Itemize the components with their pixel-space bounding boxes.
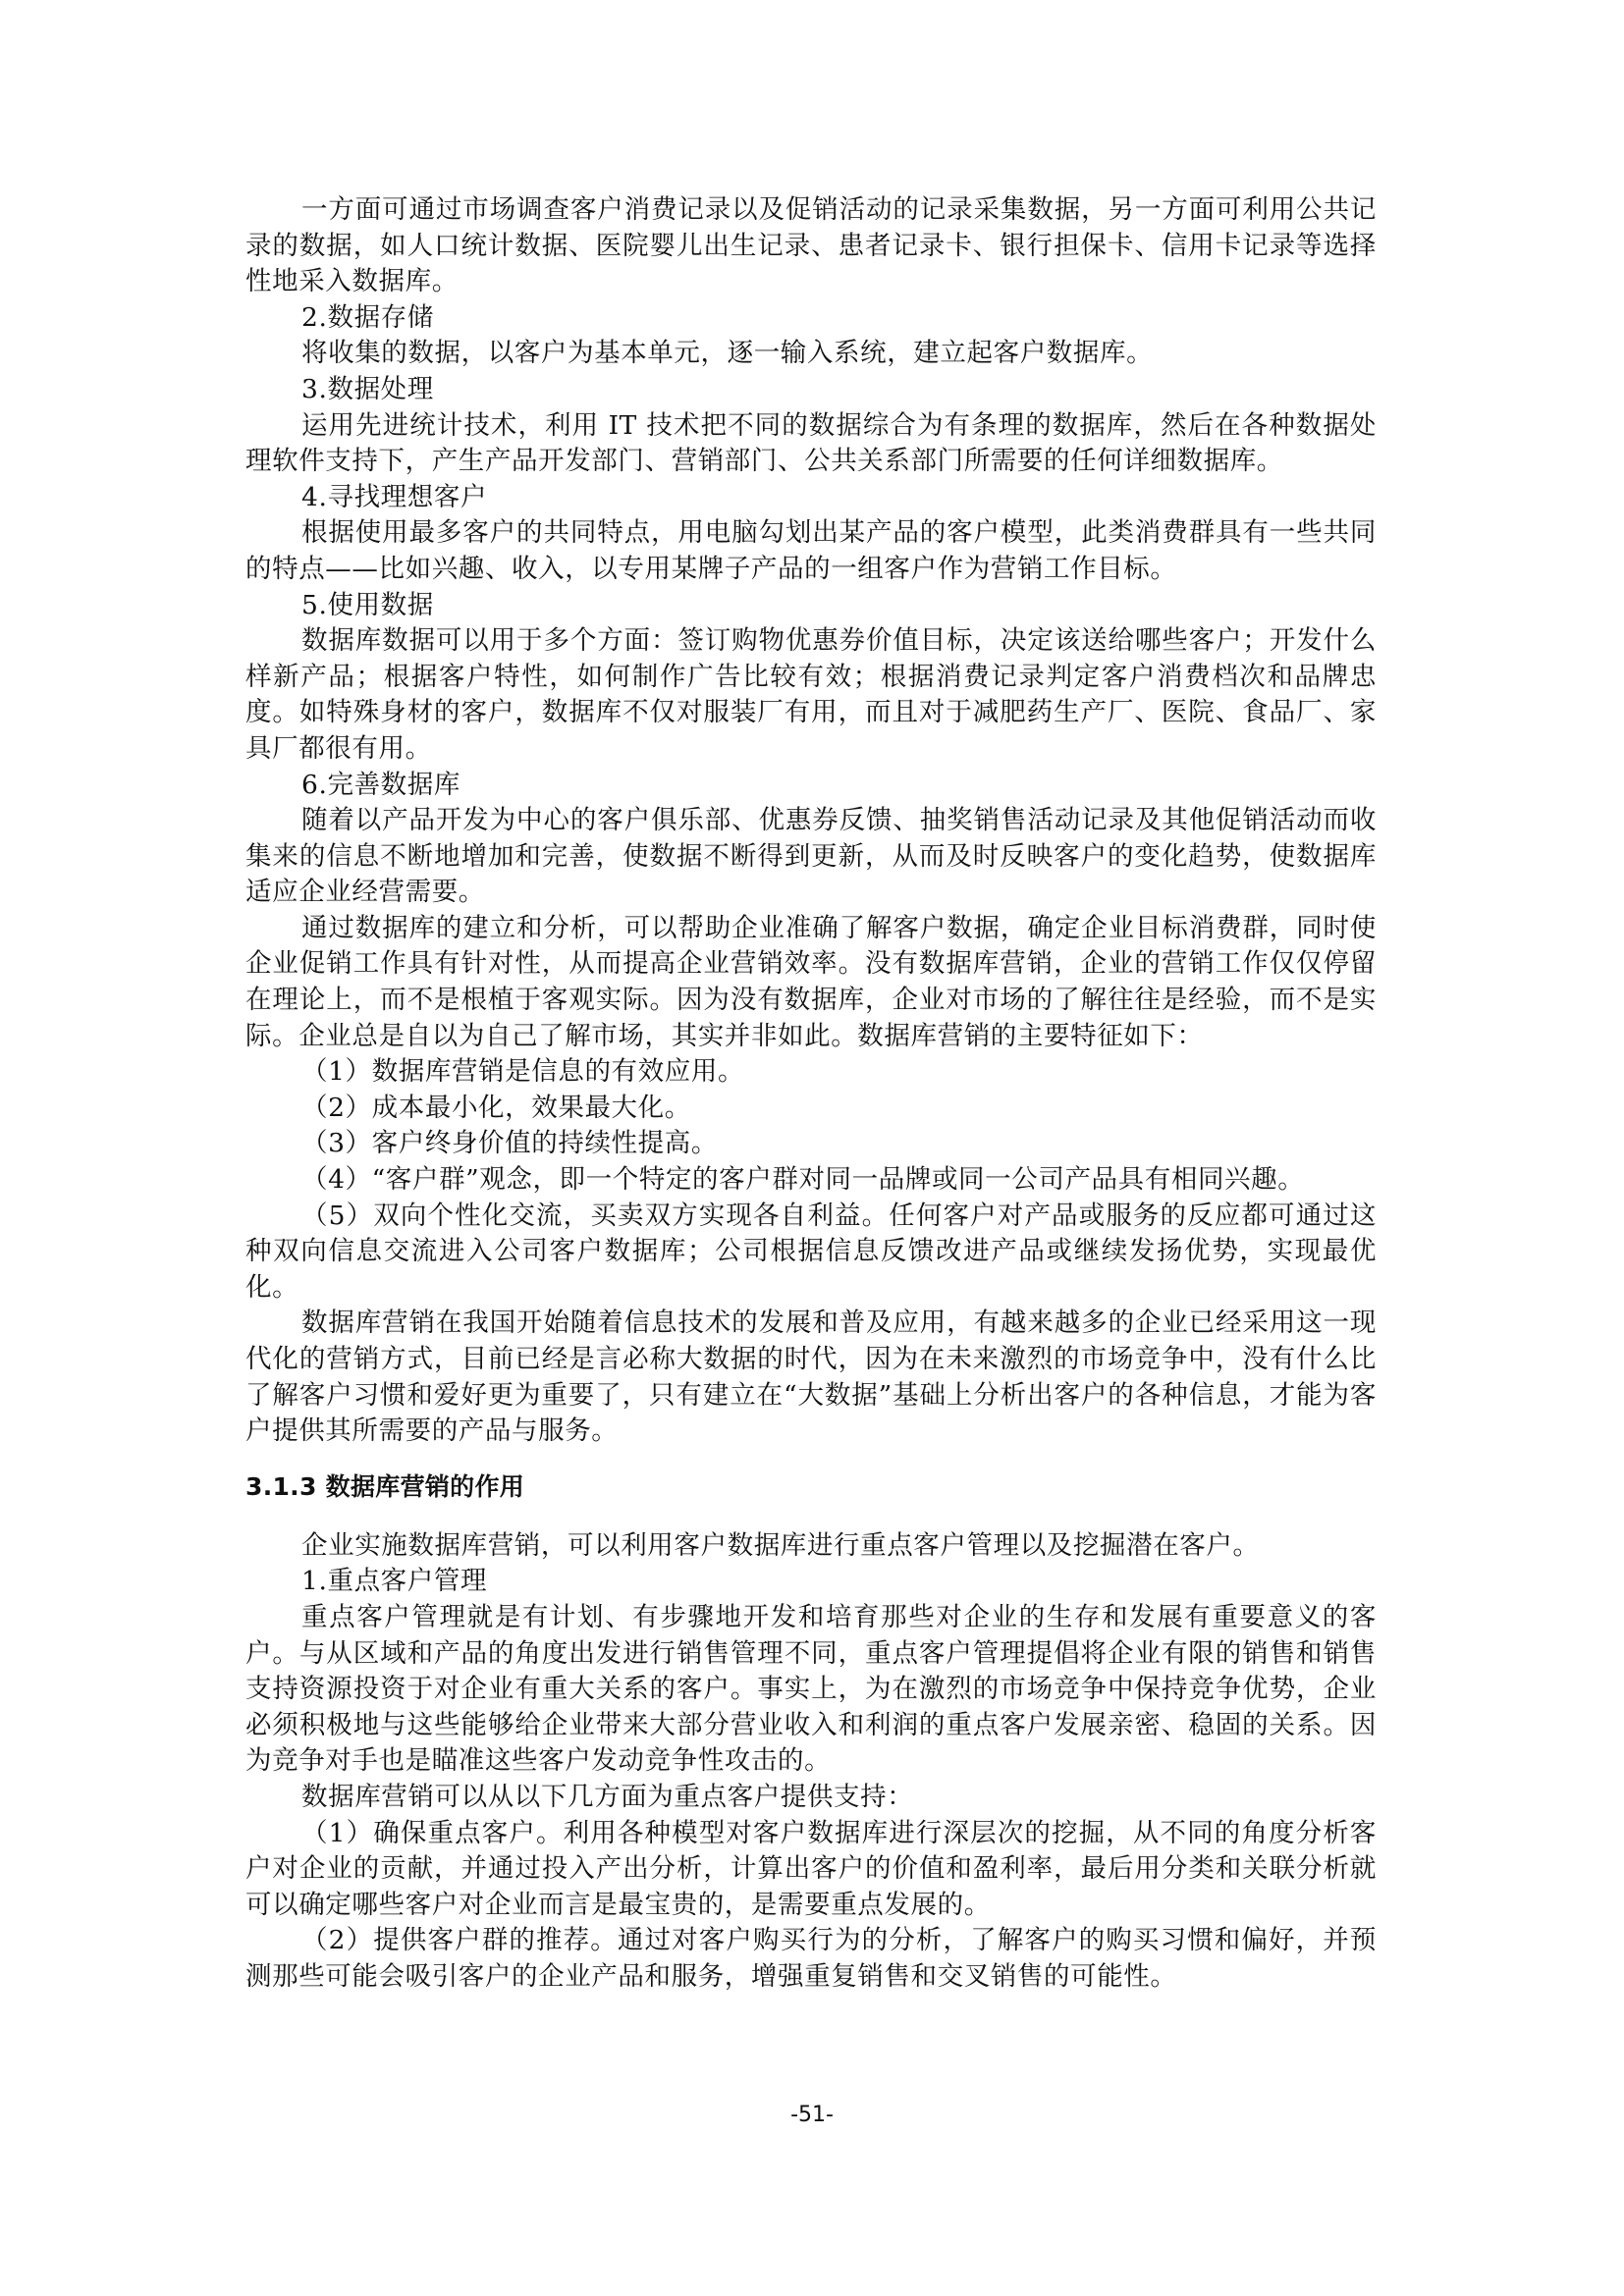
subheading-data-storage: 2.数据存储 [245,300,1377,337]
subheading-ideal-customer: 4.寻找理想客户 [245,480,1377,516]
support-list-item-1: （1）确保重点客户。利用各种模型对客户数据库进行深层次的挖掘，从不同的角度分析客… [245,1816,1377,1924]
subheading-data-processing: 3.数据处理 [245,372,1377,408]
paragraph-data-storage: 将收集的数据，以客户为基本单元，逐一输入系统，建立起客户数据库。 [245,336,1377,372]
feature-list-item-2: （2）成本最小化，效果最大化。 [245,1091,1377,1127]
paragraph-data-processing: 运用先进统计技术，利用 IT 技术把不同的数据综合为有条理的数据库，然后在各种数… [245,408,1377,480]
paragraph-big-data: 数据库营销在我国开始随着信息技术的发展和普及应用，有越来越多的企业已经采用这一现… [245,1306,1377,1449]
paragraph-key-customer-management: 重点客户管理就是有计划、有步骤地开发和培育那些对企业的生存和发展有重要意义的客户… [245,1600,1377,1780]
paragraph-database-analysis: 通过数据库的建立和分析，可以帮助企业准确了解客户数据，确定企业目标消费群，同时使… [245,911,1377,1054]
paragraph-ideal-customer: 根据使用最多客户的共同特点，用电脑勾划出某产品的客户模型，此类消费群具有一些共同… [245,515,1377,587]
paragraph-section-intro: 企业实施数据库营销，可以利用客户数据库进行重点客户管理以及挖掘潜在客户。 [245,1528,1377,1565]
support-list-item-2: （2）提供客户群的推荐。通过对客户购买行为的分析，了解客户的购买习惯和偏好，并预… [245,1923,1377,1995]
page-number: -51- [0,2103,1624,2127]
subheading-key-customer-management: 1.重点客户管理 [245,1564,1377,1600]
paragraph-improve-database: 随着以产品开发为中心的客户俱乐部、优惠券反馈、抽奖销售活动记录及其他促销活动而收… [245,803,1377,911]
document-page: 一方面可通过市场调查客户消费记录以及促销活动的记录采集数据，另一方面可利用公共记… [245,192,1377,1996]
paragraph-using-data: 数据库数据可以用于多个方面：签订购物优惠券价值目标，决定该送给哪些客户；开发什么… [245,623,1377,767]
paragraph-support-intro: 数据库营销可以从以下几方面为重点客户提供支持： [245,1780,1377,1816]
feature-list-item-4: （4）“客户群”观念，即一个特定的客户群对同一品牌或同一公司产品具有相同兴趣。 [245,1162,1377,1199]
feature-list-item-1: （1）数据库营销是信息的有效应用。 [245,1054,1377,1091]
paragraph-data-collection: 一方面可通过市场调查客户消费记录以及促销活动的记录采集数据，另一方面可利用公共记… [245,192,1377,300]
subheading-improve-database: 6.完善数据库 [245,768,1377,804]
feature-list-item-5: （5）双向个性化交流，买卖双方实现各自利益。任何客户对产品或服务的反应都可通过这… [245,1199,1377,1307]
section-heading-3-1-3: 3.1.3 数据库营销的作用 [245,1469,1377,1505]
feature-list-item-3: （3）客户终身价值的持续性提高。 [245,1126,1377,1162]
subheading-using-data: 5.使用数据 [245,588,1377,624]
